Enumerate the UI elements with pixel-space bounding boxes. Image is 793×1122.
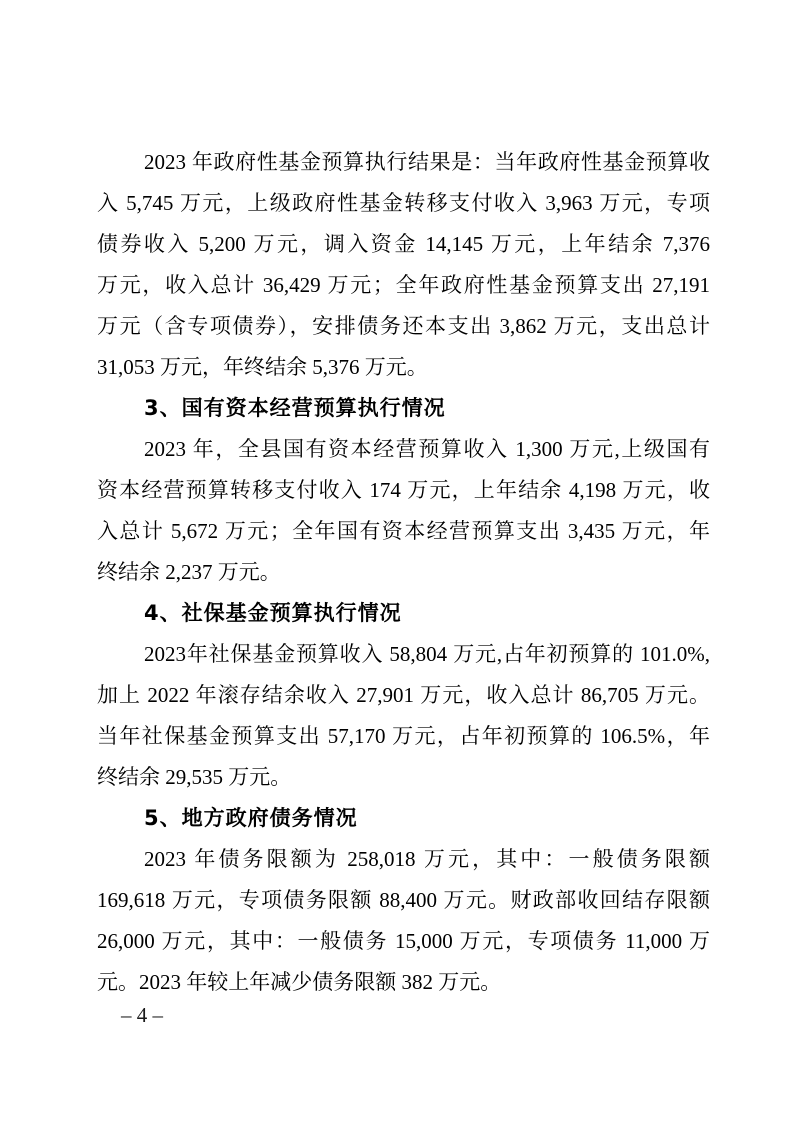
text-line: 当年社保基金预算支出 57,170 万元，占年初预算的 106.5%，年 [97, 716, 710, 757]
text-line: 资本经营预算转移支付收入 174 万元，上年结余 4,198 万元，收 [97, 470, 710, 511]
section-heading: 3、国有资本经营预算执行情况 [97, 388, 710, 429]
page-number: – 4 – [121, 1000, 163, 1030]
text-line: 万元，收入总计 36,429 万元；全年政府性基金预算支出 27,191 [97, 265, 710, 306]
paragraph: 2023 年，全县国有资本经营预算收入 1,300 万元,上级国有资本经营预算转… [97, 429, 710, 593]
paragraph: 2023 年政府性基金预算执行结果是：当年政府性基金预算收入 5,745 万元，… [97, 142, 710, 388]
heading-line: 4、社保基金预算执行情况 [97, 593, 710, 634]
document-body: 2023 年政府性基金预算执行结果是：当年政府性基金预算收入 5,745 万元，… [97, 142, 710, 1003]
section-heading: 4、社保基金预算执行情况 [97, 593, 710, 634]
text-line: 31,053 万元，年终结余 5,376 万元。 [97, 347, 710, 388]
text-line: 2023 年债务限额为 258,018 万元，其中：一般债务限额 [97, 839, 710, 880]
text-line: 元。2023 年较上年减少债务限额 382 万元。 [97, 962, 710, 1003]
heading-line: 5、地方政府债务情况 [97, 798, 710, 839]
text-line: 2023 年政府性基金预算执行结果是：当年政府性基金预算收 [97, 142, 710, 183]
text-line: 加上 2022 年滚存结余收入 27,901 万元，收入总计 86,705 万元… [97, 675, 710, 716]
paragraph: 2023 年债务限额为 258,018 万元，其中：一般债务限额169,618 … [97, 839, 710, 1003]
document-page: 2023 年政府性基金预算执行结果是：当年政府性基金预算收入 5,745 万元，… [0, 0, 793, 1122]
section-heading: 5、地方政府债务情况 [97, 798, 710, 839]
text-line: 26,000 万元，其中：一般债务 15,000 万元，专项债务 11,000 … [97, 921, 710, 962]
paragraph: 2023年社保基金预算收入 58,804 万元,占年初预算的 101.0%,加上… [97, 634, 710, 798]
text-line: 万元（含专项债券），安排债务还本支出 3,862 万元，支出总计 [97, 306, 710, 347]
text-line: 2023年社保基金预算收入 58,804 万元,占年初预算的 101.0%, [97, 634, 710, 675]
heading-line: 3、国有资本经营预算执行情况 [97, 388, 710, 429]
text-line: 入 5,745 万元，上级政府性基金转移支付收入 3,963 万元，专项 [97, 183, 710, 224]
text-line: 终结余 2,237 万元。 [97, 552, 710, 593]
text-line: 债券收入 5,200 万元，调入资金 14,145 万元，上年结余 7,376 [97, 224, 710, 265]
text-line: 169,618 万元，专项债务限额 88,400 万元。财政部收回结存限额 [97, 880, 710, 921]
text-line: 入总计 5,672 万元；全年国有资本经营预算支出 3,435 万元，年 [97, 511, 710, 552]
text-line: 终结余 29,535 万元。 [97, 757, 710, 798]
text-line: 2023 年，全县国有资本经营预算收入 1,300 万元,上级国有 [97, 429, 710, 470]
